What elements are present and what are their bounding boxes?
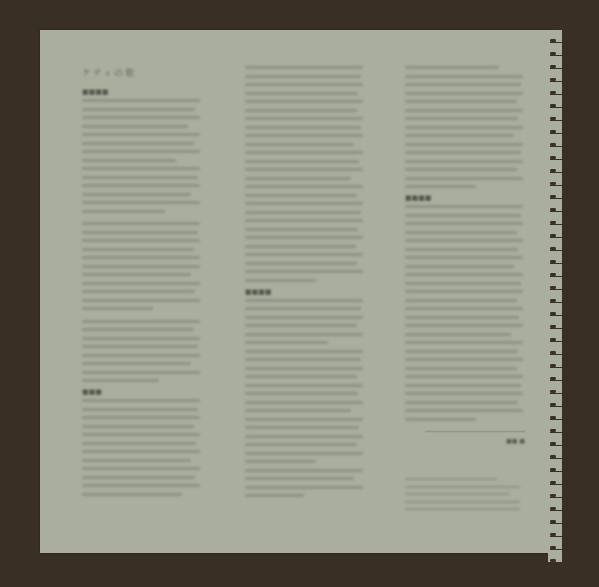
edge-notch (548, 329, 562, 341)
text-line (82, 159, 176, 162)
text-line (405, 239, 523, 242)
colophon-line (405, 501, 520, 503)
text-line (245, 375, 357, 378)
text-line (82, 248, 194, 251)
text-line (82, 133, 200, 136)
edge-notch (548, 251, 562, 263)
text-line (245, 270, 363, 273)
edge-notch (548, 108, 562, 120)
edge-notch (548, 277, 562, 289)
text-line (82, 408, 198, 411)
edge-notch (548, 43, 562, 55)
article-title: ケティの歌 (82, 66, 202, 79)
text-line (405, 316, 519, 319)
text-line (245, 177, 351, 180)
text-line (82, 150, 200, 153)
colophon-line (405, 478, 497, 480)
author-signature: ■■ ■ (405, 438, 525, 445)
edge-notch (548, 30, 562, 42)
section-heading: ■■■■ (245, 288, 365, 296)
text-column-2: ■■■■ (245, 66, 365, 503)
text-line (405, 92, 523, 95)
edge-notch (548, 225, 562, 237)
text-line (245, 168, 363, 171)
text-line (245, 316, 363, 319)
text-line (245, 299, 363, 302)
text-line (245, 160, 359, 163)
text-line (245, 83, 363, 86)
text-line (245, 100, 363, 103)
text-line (245, 92, 358, 95)
text-line (82, 231, 198, 234)
text-line (405, 83, 521, 86)
section-heading: ■■■■ (405, 194, 525, 202)
text-line (405, 401, 518, 404)
text-line (82, 99, 200, 102)
text-line (405, 333, 511, 336)
text-line (245, 452, 363, 455)
text-line (82, 328, 194, 331)
colophon-line (405, 508, 520, 510)
text-line (405, 75, 523, 78)
text-line (245, 279, 316, 282)
text-line (245, 494, 304, 497)
text-line (245, 117, 363, 120)
text-line (82, 337, 200, 340)
text-line (82, 142, 194, 145)
text-line (405, 341, 523, 344)
text-line (405, 126, 523, 129)
text-line (405, 100, 517, 103)
column-body: ■■■■ (245, 66, 365, 497)
edge-notch (548, 160, 562, 172)
text-line (245, 143, 354, 146)
edge-notch (548, 147, 562, 159)
edge-notch (548, 407, 562, 419)
text-line (405, 265, 514, 268)
text-line (82, 108, 195, 111)
text-line (405, 350, 518, 353)
text-line (245, 185, 363, 188)
text-line (405, 367, 517, 370)
edge-notch (548, 498, 562, 510)
text-line (405, 66, 499, 69)
edge-notch (548, 199, 562, 211)
text-line (245, 392, 358, 395)
edge-notch (548, 446, 562, 458)
text-line (245, 435, 363, 438)
text-line (82, 442, 196, 445)
text-line (405, 222, 523, 225)
text-line (82, 307, 153, 310)
text-line (245, 333, 363, 336)
text-line (245, 75, 361, 78)
edge-notch (548, 212, 562, 224)
text-line (82, 184, 200, 187)
text-line (82, 379, 159, 382)
text-line (82, 290, 195, 293)
text-line (245, 109, 357, 112)
text-line (82, 399, 200, 402)
text-line (245, 211, 361, 214)
text-line (82, 416, 200, 419)
text-line (405, 160, 523, 163)
text-line (82, 450, 200, 453)
text-line (405, 324, 523, 327)
text-line (405, 273, 523, 276)
text-line (82, 354, 200, 357)
text-line (405, 299, 517, 302)
text-line (245, 151, 363, 154)
text-line (245, 443, 357, 446)
column-body: ■■■■■■■ (82, 88, 202, 496)
text-line (245, 236, 363, 239)
divider-rule (425, 431, 525, 432)
text-line (82, 265, 200, 268)
text-line (405, 282, 521, 285)
text-line (245, 341, 328, 344)
edge-notch (548, 82, 562, 94)
edge-notch (548, 420, 562, 432)
text-line (82, 484, 200, 487)
edge-notch (548, 134, 562, 146)
text-column-3: ■■■■ ■■ ■ (405, 66, 525, 445)
text-line (82, 176, 198, 179)
text-line (245, 384, 363, 387)
text-line (82, 116, 200, 119)
text-line (82, 273, 191, 276)
edge-notch (548, 186, 562, 198)
section-heading: ■■■ (82, 388, 202, 396)
edge-notch (548, 342, 562, 354)
edge-notch (548, 95, 562, 107)
text-line (405, 134, 514, 137)
text-line (405, 392, 523, 395)
text-line (245, 66, 363, 69)
text-line (405, 117, 518, 120)
text-line (82, 362, 191, 365)
text-line (405, 409, 523, 412)
text-line (82, 256, 200, 259)
text-line (405, 290, 523, 293)
edge-notch (548, 316, 562, 328)
text-line (405, 109, 523, 112)
section-heading: ■■■■ (82, 88, 202, 96)
colophon-block (405, 478, 523, 516)
text-line (405, 185, 476, 188)
text-line (82, 125, 188, 128)
text-line (245, 126, 361, 129)
text-line (405, 358, 523, 361)
text-line (405, 375, 523, 378)
edge-notch (548, 459, 562, 471)
edge-notch (548, 173, 562, 185)
text-line (82, 167, 200, 170)
text-line (405, 168, 517, 171)
edge-notch (548, 394, 562, 406)
text-line (82, 425, 194, 428)
text-line (405, 143, 523, 146)
edge-notch (548, 550, 562, 562)
text-line (245, 134, 363, 137)
text-line (405, 384, 521, 387)
text-line (245, 194, 357, 197)
perforated-edge (548, 30, 562, 553)
text-line (245, 245, 356, 248)
text-line (245, 460, 316, 463)
text-line (405, 307, 523, 310)
edge-notch (548, 121, 562, 133)
edge-notch (548, 472, 562, 484)
text-line (245, 324, 357, 327)
text-line (405, 231, 517, 234)
edge-notch (548, 238, 562, 250)
text-line (82, 345, 198, 348)
text-line (245, 477, 354, 480)
text-line (82, 320, 200, 323)
text-line (82, 222, 200, 225)
text-line (245, 262, 357, 265)
edge-notch (548, 303, 562, 315)
text-line (82, 476, 195, 479)
colophon-line (405, 493, 509, 495)
edge-notch (548, 368, 562, 380)
text-line (245, 307, 361, 310)
text-line (245, 367, 363, 370)
text-line (405, 248, 518, 251)
edge-notch (548, 485, 562, 497)
text-line (245, 253, 363, 256)
text-line (82, 193, 191, 196)
text-line (82, 467, 200, 470)
edge-notch (548, 524, 562, 536)
text-line (245, 350, 363, 353)
edge-notch (548, 69, 562, 81)
liner-notes-sheet: ケティの歌 ■■■■■■■ ■■■■ ■■■■ ■■ ■ (40, 30, 550, 553)
text-column-1: ケティの歌 ■■■■■■■ (82, 66, 202, 501)
edge-notch (548, 511, 562, 523)
text-line (82, 239, 200, 242)
text-line (245, 418, 363, 421)
text-line (82, 493, 182, 496)
text-line (82, 210, 165, 213)
edge-notch (548, 355, 562, 367)
text-line (245, 219, 363, 222)
edge-notch (548, 381, 562, 393)
text-line (245, 409, 351, 412)
text-line (245, 486, 363, 489)
edge-notch (548, 537, 562, 549)
text-line (245, 202, 363, 205)
text-line (82, 433, 200, 436)
text-line (405, 205, 523, 208)
text-line (245, 358, 361, 361)
text-line (82, 282, 200, 285)
colophon-line (405, 486, 520, 488)
text-line (245, 401, 363, 404)
edge-notch (548, 290, 562, 302)
text-line (82, 459, 191, 462)
text-line (405, 256, 523, 259)
text-line (405, 177, 523, 180)
text-line (82, 201, 200, 204)
text-line (82, 299, 200, 302)
text-line (245, 469, 363, 472)
text-line (405, 418, 476, 421)
text-line (82, 371, 200, 374)
text-line (405, 214, 521, 217)
edge-notch (548, 433, 562, 445)
edge-notch (548, 56, 562, 68)
text-line (245, 228, 358, 231)
edge-notch (548, 264, 562, 276)
column-body: ■■■■ (405, 66, 525, 421)
text-line (245, 426, 359, 429)
text-line (405, 151, 521, 154)
